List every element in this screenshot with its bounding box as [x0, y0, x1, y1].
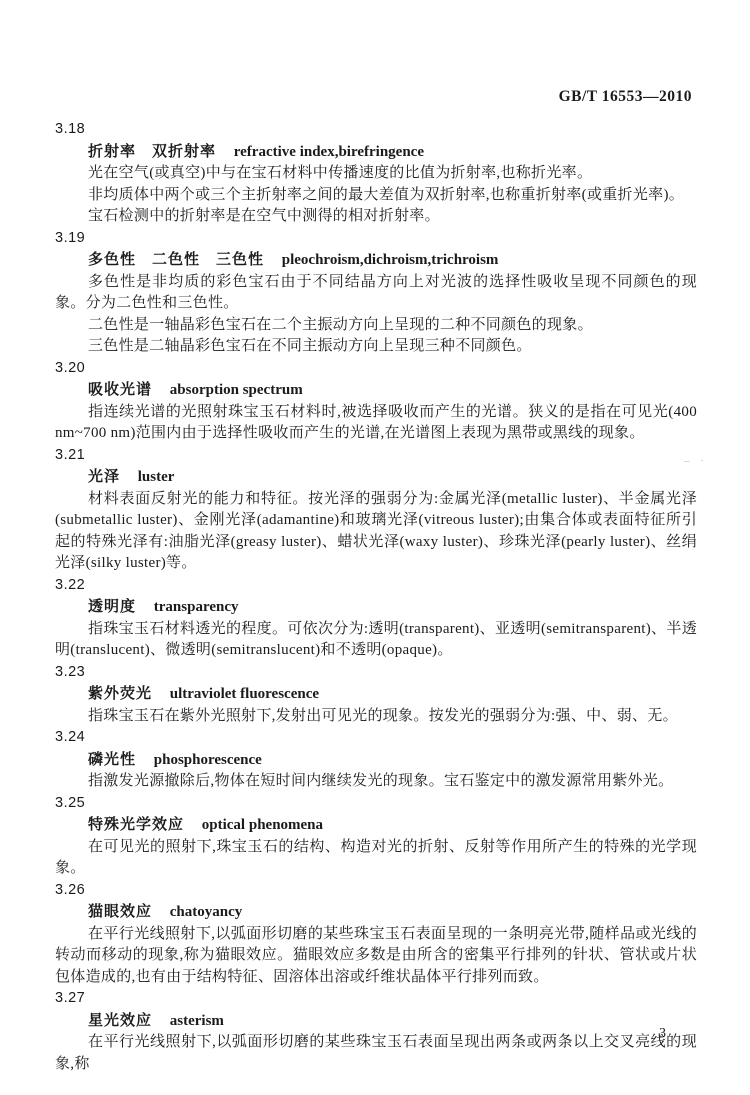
term-english: pleochroism,dichroism,trichroism	[282, 252, 499, 268]
term-chinese: 磷光性	[88, 751, 136, 768]
term-chinese: 折射率 双折射率	[88, 143, 216, 160]
term-english: ultraviolet fluorescence	[170, 686, 319, 702]
term-section-3-24: 3.24 磷光性 phosphorescence 指激发光源撤除后,物体在短时间…	[55, 727, 697, 793]
section-number: 3.23	[55, 662, 697, 684]
term-chinese: 透明度	[88, 598, 136, 615]
term-english: phosphorescence	[154, 752, 262, 768]
definition-paragraph: 多色性是非均质的彩色宝石由于不同结晶方向上对光波的选择性吸收呈现不同颜色的现象。…	[55, 272, 697, 315]
term-english: chatoyancy	[170, 904, 243, 920]
term-section-3-21: 3.21 光泽 luster 材料表面反射光的能力和特征。按光泽的强弱分为:金属…	[55, 445, 697, 575]
section-number: 3.25	[55, 793, 697, 815]
definition-paragraph: 在平行光线照射下,以弧面形切磨的某些珠宝玉石表面呈现出两条或两条以上交叉亮线的现…	[55, 1032, 697, 1075]
term-section-3-25: 3.25 特殊光学效应 optical phenomena 在可见光的照射下,珠…	[55, 793, 697, 880]
term-heading: 特殊光学效应 optical phenomena	[55, 814, 697, 837]
term-section-3-26: 3.26 猫眼效应 chatoyancy 在平行光线照射下,以弧面形切磨的某些珠…	[55, 880, 697, 989]
document-page: GB/T 16553—2010 – · 3.18 折射率 双折射率 refrac…	[0, 0, 750, 1095]
term-chinese: 猫眼效应	[88, 903, 152, 920]
term-section-3-19: 3.19 多色性 二色性 三色性 pleochroism,dichroism,t…	[55, 228, 697, 358]
term-heading: 多色性 二色性 三色性 pleochroism,dichroism,trichr…	[55, 249, 697, 272]
term-section-3-23: 3.23 紫外荧光 ultraviolet fluorescence 指珠宝玉石…	[55, 662, 697, 728]
definition-paragraph: 光在空气(或真空)中与在宝石材料中传播速度的比值为折射率,也称折光率。	[55, 163, 697, 185]
term-section-3-20: 3.20 吸收光谱 absorption spectrum 指连续光谱的光照射珠…	[55, 358, 697, 445]
term-english: luster	[138, 469, 175, 485]
definition-paragraph: 指珠宝玉石在紫外光照射下,发射出可见光的现象。按发光的强弱分为:强、中、弱、无。	[55, 706, 697, 728]
term-section-3-27: 3.27 星光效应 asterism 在平行光线照射下,以弧面形切磨的某些珠宝玉…	[55, 988, 697, 1075]
definition-paragraph: 在可见光的照射下,珠宝玉石的结构、构造对光的折射、反射等作用所产生的特殊的光学现…	[55, 837, 697, 880]
definition-paragraph: 非均质体中两个或三个主折射率之间的最大差值为双折射率,也称重折射率(或重折光率)…	[55, 185, 697, 207]
section-number: 3.20	[55, 358, 697, 380]
section-number: 3.21	[55, 445, 697, 467]
section-number: 3.27	[55, 988, 697, 1010]
term-chinese: 特殊光学效应	[88, 816, 184, 833]
term-english: transparency	[154, 599, 239, 615]
term-chinese: 多色性 二色性 三色性	[88, 251, 264, 268]
definition-paragraph: 三色性是二轴晶彩色宝石在不同主振动方向上呈现三种不同颜色。	[55, 336, 697, 358]
terms-content: 3.18 折射率 双折射率 refractive index,birefring…	[55, 119, 697, 1075]
term-section-3-22: 3.22 透明度 transparency 指珠宝玉石材料透光的程度。可依次分为…	[55, 575, 697, 662]
definition-paragraph: 指珠宝玉石材料透光的程度。可依次分为:透明(transparent)、亚透明(s…	[55, 619, 697, 662]
section-number: 3.26	[55, 880, 697, 902]
term-english: absorption spectrum	[170, 382, 303, 398]
term-heading: 折射率 双折射率 refractive index,birefringence	[55, 141, 697, 164]
term-heading: 光泽 luster	[55, 466, 697, 489]
term-heading: 透明度 transparency	[55, 596, 697, 619]
section-number: 3.19	[55, 228, 697, 250]
definition-paragraph: 指激发光源撤除后,物体在短时间内继续发光的现象。宝石鉴定中的激发源常用紫外光。	[55, 771, 697, 793]
term-chinese: 光泽	[88, 468, 120, 485]
section-number: 3.22	[55, 575, 697, 597]
term-heading: 紫外荧光 ultraviolet fluorescence	[55, 683, 697, 706]
term-heading: 吸收光谱 absorption spectrum	[55, 379, 697, 402]
definition-paragraph: 在平行光线照射下,以弧面形切磨的某些珠宝玉石表面呈现的一条明亮光带,随样品或光线…	[55, 924, 697, 989]
term-english: optical phenomena	[202, 817, 323, 833]
term-english: refractive index,birefringence	[234, 144, 424, 160]
definition-paragraph: 宝石检测中的折射率是在空气中测得的相对折射率。	[55, 206, 697, 228]
term-heading: 星光效应 asterism	[55, 1010, 697, 1033]
term-chinese: 吸收光谱	[88, 381, 152, 398]
term-heading: 猫眼效应 chatoyancy	[55, 901, 697, 924]
definition-paragraph: 指连续光谱的光照射珠宝玉石材料时,被选择吸收而产生的光谱。狭义的是指在可见光(4…	[55, 402, 697, 445]
page-number: 3	[659, 1026, 666, 1042]
standard-number-header: GB/T 16553—2010	[559, 88, 692, 106]
section-number: 3.24	[55, 727, 697, 749]
term-chinese: 星光效应	[88, 1012, 152, 1029]
term-heading: 磷光性 phosphorescence	[55, 749, 697, 772]
term-section-3-18: 3.18 折射率 双折射率 refractive index,birefring…	[55, 119, 697, 228]
definition-paragraph: 材料表面反射光的能力和特征。按光泽的强弱分为:金属光泽(metallic lus…	[55, 489, 697, 575]
term-chinese: 紫外荧光	[88, 685, 152, 702]
definition-paragraph: 二色性是一轴晶彩色宝石在二个主振动方向上呈现的二种不同颜色的现象。	[55, 315, 697, 337]
term-english: asterism	[170, 1013, 224, 1029]
section-number: 3.18	[55, 119, 697, 141]
